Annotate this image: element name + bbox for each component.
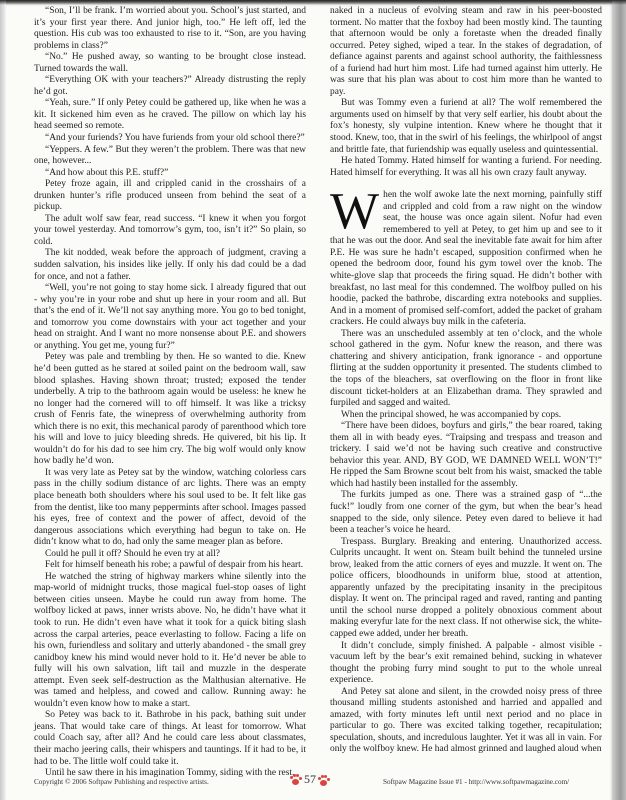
paragraph: The furkits jumped as one. There was a s… <box>330 490 602 536</box>
paw-print-icon <box>290 774 301 785</box>
paragraph: When the principal showed, he was accomp… <box>330 410 602 422</box>
section-start-paragraph: When the wolf awoke late the next mornin… <box>330 190 602 329</box>
paragraph: The adult wolf saw fear, read success. “… <box>34 214 306 249</box>
drop-cap: W <box>330 192 379 232</box>
copyright-footer: Copyright © 2006 Softpaw Publishing and … <box>34 778 209 786</box>
paragraph: “Son, I’ll be frank. I’m worried about y… <box>34 6 306 52</box>
paragraph: “There have been didoes, boyfurs and gir… <box>330 421 602 490</box>
paragraph: And Petey sat alone and silent, in the c… <box>330 687 602 756</box>
page-left-edge <box>0 0 6 800</box>
paragraph: He watched the string of highway markers… <box>34 572 306 711</box>
paragraph: Felt for himself beneath his robe; a paw… <box>34 560 306 572</box>
paragraph: “And your furiends? You have furiends fr… <box>34 133 306 145</box>
paragraph: Trespass. Burglary. Breaking and enterin… <box>330 537 602 641</box>
paragraph: Could he pull it off? Should he even try… <box>34 549 306 561</box>
paragraph: It didn’t conclude, simply finished. A p… <box>330 641 602 687</box>
paragraph: He hated Tommy. Hated himself for wantin… <box>330 156 602 179</box>
paragraph: “No.” He pushed away, so wanting to be b… <box>34 52 306 75</box>
paragraph: “Everything OK with your teachers?” Alre… <box>34 75 306 98</box>
top-shadow <box>0 0 626 5</box>
paragraph: But was Tommy even a furiend at all? The… <box>330 98 602 156</box>
paragraph: The kit nodded, weak before the approach… <box>34 248 306 283</box>
paragraph: It was very late as Petey sat by the win… <box>34 468 306 549</box>
paragraph: “Well, you’re not going to stay home sic… <box>34 283 306 352</box>
left-text-column: “Son, I’ll be frank. I’m worried about y… <box>34 6 306 780</box>
page-number-block: 57 <box>290 772 316 787</box>
paragraph: “Yeppers. A few.” But they weren’t the p… <box>34 145 306 168</box>
paragraph: So Petey was back to it. Bathrobe in his… <box>34 710 306 768</box>
magazine-page: “Son, I’ll be frank. I’m worried about y… <box>0 0 612 800</box>
paragraph: There was an unscheduled assembly at ten… <box>330 329 602 410</box>
page-number: 57 <box>304 772 316 787</box>
paw-print-icon <box>318 775 329 786</box>
paragraph: naked in a nucleus of evolving steam and… <box>330 6 602 98</box>
page-right-edge <box>612 0 626 800</box>
paragraph: “Yeah, sure.” If only Petey could be gat… <box>34 98 306 133</box>
magazine-footer: Softpaw Magazine Issue #1 - http://www.s… <box>383 778 569 786</box>
paragraph: Petey froze again, ill and crippled cani… <box>34 179 306 214</box>
paragraph: Petey was pale and trembling by then. He… <box>34 352 306 467</box>
right-text-column: naked in a nucleus of evolving steam and… <box>330 6 602 756</box>
paragraph: “And how about this P.E. stuff?” <box>34 168 306 180</box>
